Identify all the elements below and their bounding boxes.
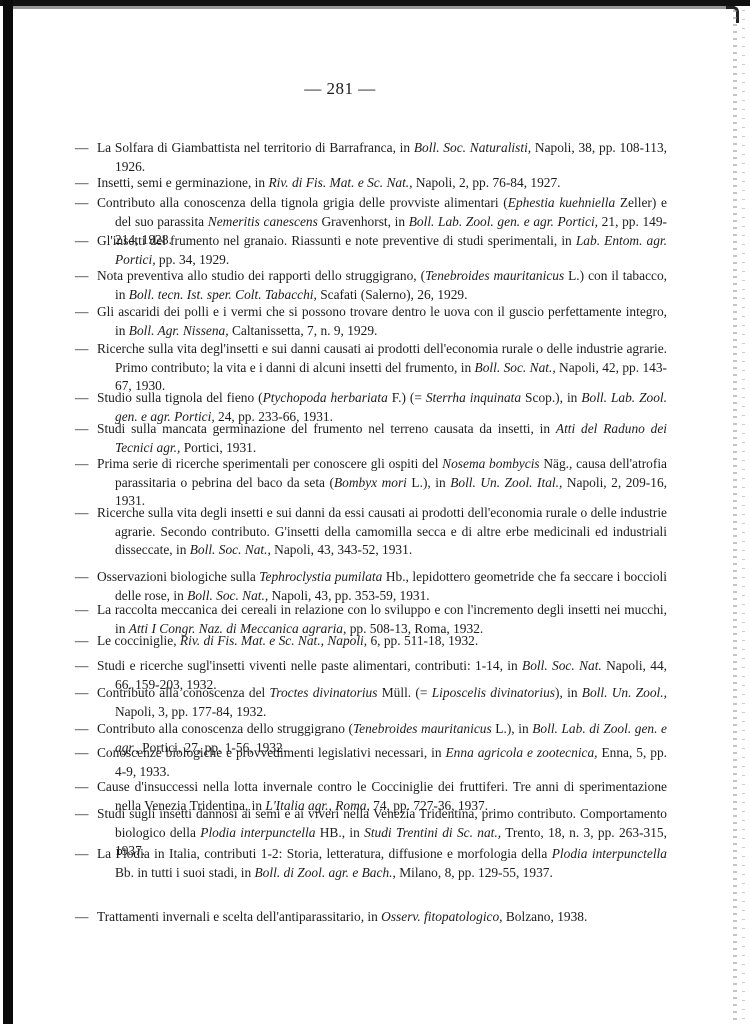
entry-italic-text: Sterrha inquinata: [426, 390, 521, 405]
bibliography-entry: —Conoscenze biologiche e provvedimenti l…: [75, 744, 667, 781]
entry-italic-text: Ephestia kuehniella: [508, 195, 615, 210]
entry-text: Contributo alla conoscenza dello struggi…: [97, 721, 353, 736]
entry-text: L.), in: [492, 721, 533, 736]
entry-dash: —: [75, 601, 97, 620]
entry-text: Scafati (Salerno), 26, 1929.: [317, 287, 468, 302]
entry-text: Trattamenti invernali e scelta dell'anti…: [97, 909, 381, 924]
entry-italic-text: Plodia interpunctella: [552, 846, 667, 861]
entry-dash: —: [75, 232, 97, 251]
entry-italic-text: Boll. Soc. Naturalisti,: [414, 140, 531, 155]
entry-text: Gravenhorst, in: [318, 214, 409, 229]
entry-dash: —: [75, 303, 97, 322]
entry-dash: —: [75, 194, 97, 213]
entry-text: Osservazioni biologiche sulla: [97, 569, 259, 584]
entry-dash: —: [75, 420, 97, 439]
entry-text: Napoli, 43, 343-52, 1931.: [271, 542, 412, 557]
entry-italic-text: Nemeritis canescens: [208, 214, 318, 229]
entry-dash: —: [75, 174, 97, 193]
entry-text: Gl'insetti del frumento nel granaio. Ria…: [97, 233, 576, 248]
entry-italic-text: Boll. Soc. Nat.: [522, 658, 602, 673]
entry-italic-text: Nosema bombycis: [442, 456, 539, 471]
entry-text: Bolzano, 1938.: [503, 909, 588, 924]
entry-text: Insetti, semi e germinazione, in: [97, 175, 268, 190]
entry-text: Le cocciniglie,: [97, 633, 180, 648]
entry-text: Milano, 8, pp. 129-55, 1937.: [396, 865, 553, 880]
bibliography-entry: —Prima serie di ricerche sperimentali pe…: [75, 455, 667, 511]
entry-text: Bb. in tutti i suoi stadi, in: [115, 865, 255, 880]
entry-italic-text: Boll. Un. Zool.,: [582, 685, 667, 700]
entry-italic-text: Plodia interpunctella: [200, 825, 315, 840]
bibliography-entry: —Ricerche sulla vita degli insetti e sui…: [75, 504, 667, 560]
entry-text: La Solfara di Giambattista nel territori…: [97, 140, 414, 155]
entry-text: Contributo alla conoscenza della tignola…: [97, 195, 508, 210]
entry-text: Portici, 1931.: [180, 440, 256, 455]
entry-dash: —: [75, 568, 97, 587]
bibliography-entry: —Gl'insetti del frumento nel granaio. Ri…: [75, 232, 667, 269]
entry-text: Studi sulla mancata germinazione del fru…: [97, 421, 556, 436]
entry-text: Contributo alla conoscenza del: [97, 685, 270, 700]
entry-dash: —: [75, 744, 97, 763]
entry-dash: —: [75, 778, 97, 797]
entry-italic-text: Liposcelis divinatorius: [432, 685, 555, 700]
entry-italic-text: Boll. Lab. Zool. gen. e agr. Portici,: [409, 214, 598, 229]
scan-left-edge: [3, 0, 13, 1024]
entry-italic-text: Boll. tecn. Ist. sper. Colt. Tabacchi,: [129, 287, 317, 302]
entry-dash: —: [75, 340, 97, 359]
entry-text: pp. 34, 1929.: [156, 252, 230, 267]
bibliography-entry: —Ricerche sulla vita degl'insetti e sui …: [75, 340, 667, 396]
entry-italic-text: Tenebroides mauritanicus: [425, 268, 564, 283]
entry-italic-text: Boll. Soc. Nat.,: [190, 542, 271, 557]
scan-top-shadow: [10, 6, 735, 9]
bibliography-entry: —Gli ascaridi dei polli e i vermi che si…: [75, 303, 667, 340]
entry-dash: —: [75, 684, 97, 703]
entry-italic-text: Boll. Agr. Nissena,: [129, 323, 229, 338]
bibliography-entry: —Le cocciniglie, Riv. di Fis. Mat. e Sc.…: [75, 632, 667, 651]
entry-italic-text: Boll. Un. Zool. Ital.,: [450, 475, 562, 490]
entry-dash: —: [75, 139, 97, 158]
entry-dash: —: [75, 845, 97, 864]
entry-italic-text: Bombyx mori: [334, 475, 407, 490]
entry-text: Conoscenze biologiche e provvedimenti le…: [97, 745, 446, 760]
scan-right-edge-noise: [742, 10, 745, 1024]
bibliography-entry: —Trattamenti invernali e scelta dell'ant…: [75, 908, 667, 927]
entry-dash: —: [75, 720, 97, 739]
entry-text: L.), in: [407, 475, 450, 490]
entry-dash: —: [75, 267, 97, 286]
entry-italic-text: Ptychopoda herbariata: [263, 390, 388, 405]
entry-dash: —: [75, 504, 97, 523]
entry-italic-text: Troctes divinatorius: [270, 685, 378, 700]
entry-text: F.) (=: [388, 390, 426, 405]
entry-dash: —: [75, 455, 97, 474]
entry-text: ), in: [555, 685, 582, 700]
entry-italic-text: Riv. di Fis. Mat. e Sc. Nat.,: [268, 175, 412, 190]
entry-italic-text: Enna agricola e zootecnica,: [446, 745, 598, 760]
entry-text: Nota preventiva allo studio dei rapporti…: [97, 268, 425, 283]
entry-dash: —: [75, 389, 97, 408]
entry-dash: —: [75, 805, 97, 824]
bibliography-entry: —Nota preventiva allo studio dei rapport…: [75, 267, 667, 304]
entry-text: Caltanissetta, 7, n. 9, 1929.: [229, 323, 378, 338]
entry-text: La Plodia in Italia, contributi 1-2: Sto…: [97, 846, 552, 861]
entry-dash: —: [75, 632, 97, 651]
bibliography-entry: —La Solfara di Giambattista nel territor…: [75, 139, 667, 176]
entry-italic-text: Boll. Soc. Nat.,: [475, 360, 556, 375]
bibliography-entry: —Studi sulla mancata germinazione del fr…: [75, 420, 667, 457]
bibliography-entry: —Osservazioni biologiche sulla Tephrocly…: [75, 568, 667, 605]
entry-italic-text: Tenebroides mauritanicus: [353, 721, 492, 736]
entry-italic-text: Boll. di Zool. agr. e Bach.,: [255, 865, 396, 880]
bibliography-entry: —Insetti, semi e germinazione, in Riv. d…: [75, 174, 667, 193]
entry-text: Studio sulla tignola del fieno (: [97, 390, 263, 405]
entry-text: Müll. (=: [377, 685, 431, 700]
bibliography-entry: —Contributo alla conoscenza del Troctes …: [75, 684, 667, 721]
entry-italic-text: Tephroclystia pumilata: [259, 569, 382, 584]
entry-dash: —: [75, 657, 97, 676]
entry-text: Napoli, 2, pp. 76-84, 1927.: [412, 175, 560, 190]
entry-italic-text: Osserv. fitopatologico,: [381, 909, 502, 924]
entry-italic-text: Riv. di Fis. Mat. e Sc. Nat., Napoli,: [180, 633, 367, 648]
entry-text: Studi e ricerche sugl'insetti viventi ne…: [97, 658, 522, 673]
entry-text: Scop.), in: [521, 390, 581, 405]
page-number: — 281 —: [0, 79, 680, 99]
entry-text: 6, pp. 511-18, 1932.: [367, 633, 478, 648]
entry-italic-text: Studi Trentini di Sc. nat.,: [364, 825, 501, 840]
entry-text: Napoli, 3, pp. 177-84, 1932.: [115, 704, 266, 719]
scan-right-edge: [733, 10, 737, 1024]
entry-text: Prima serie di ricerche sperimentali per…: [97, 456, 442, 471]
entry-text: HB., in: [315, 825, 364, 840]
entry-dash: —: [75, 908, 97, 927]
bibliography-entry: —La Plodia in Italia, contributi 1-2: St…: [75, 845, 667, 882]
